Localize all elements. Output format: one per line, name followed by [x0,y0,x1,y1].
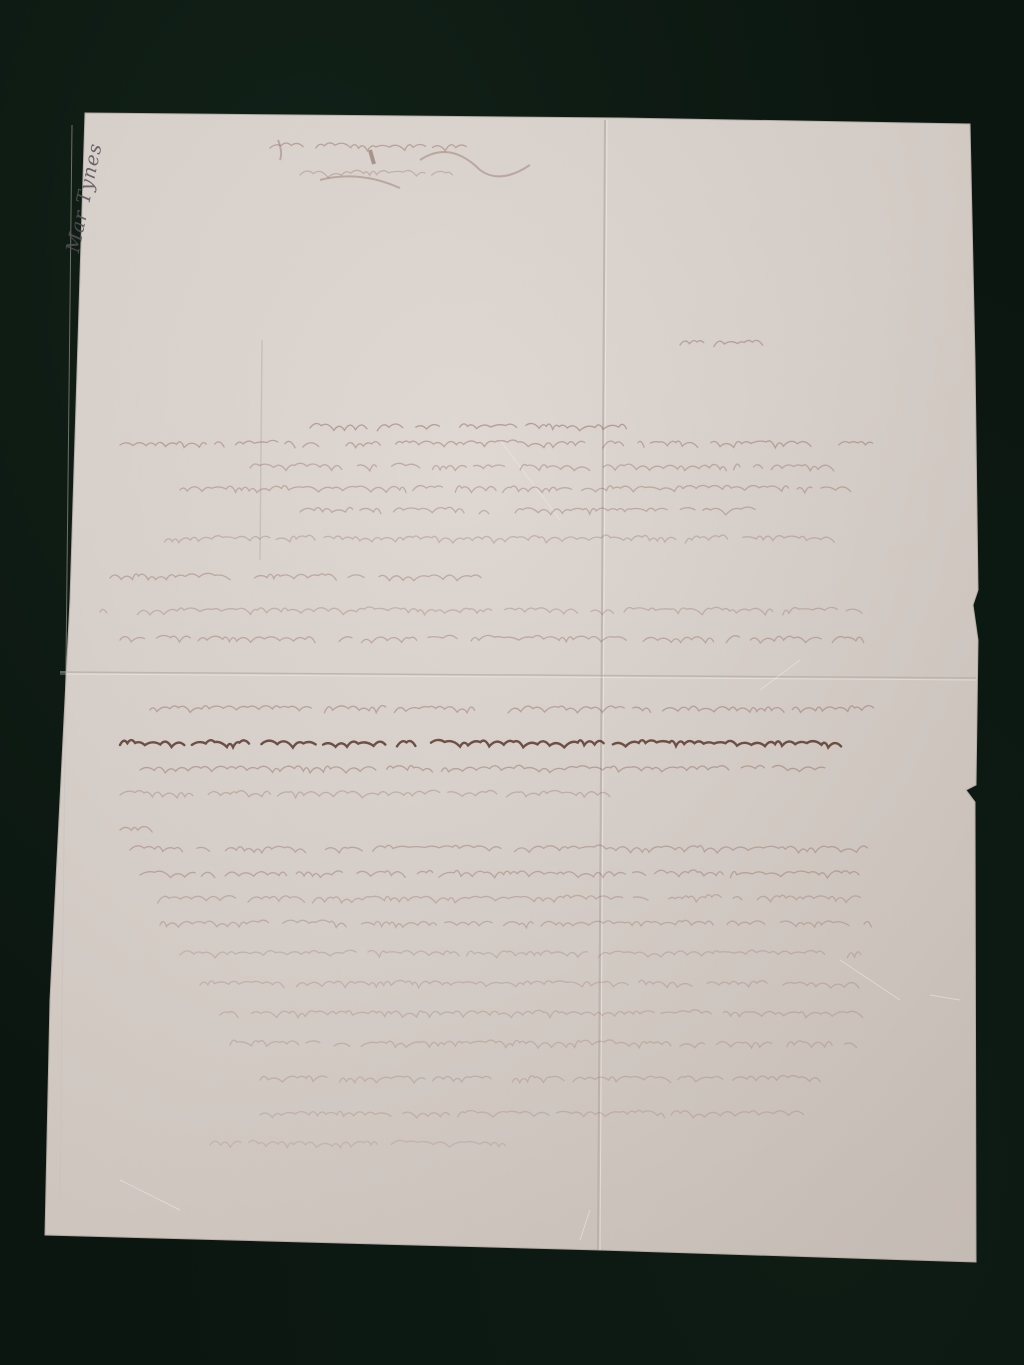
photo-scene: Mar Tynes [0,0,1024,1365]
letter-sheet [0,0,1024,1365]
